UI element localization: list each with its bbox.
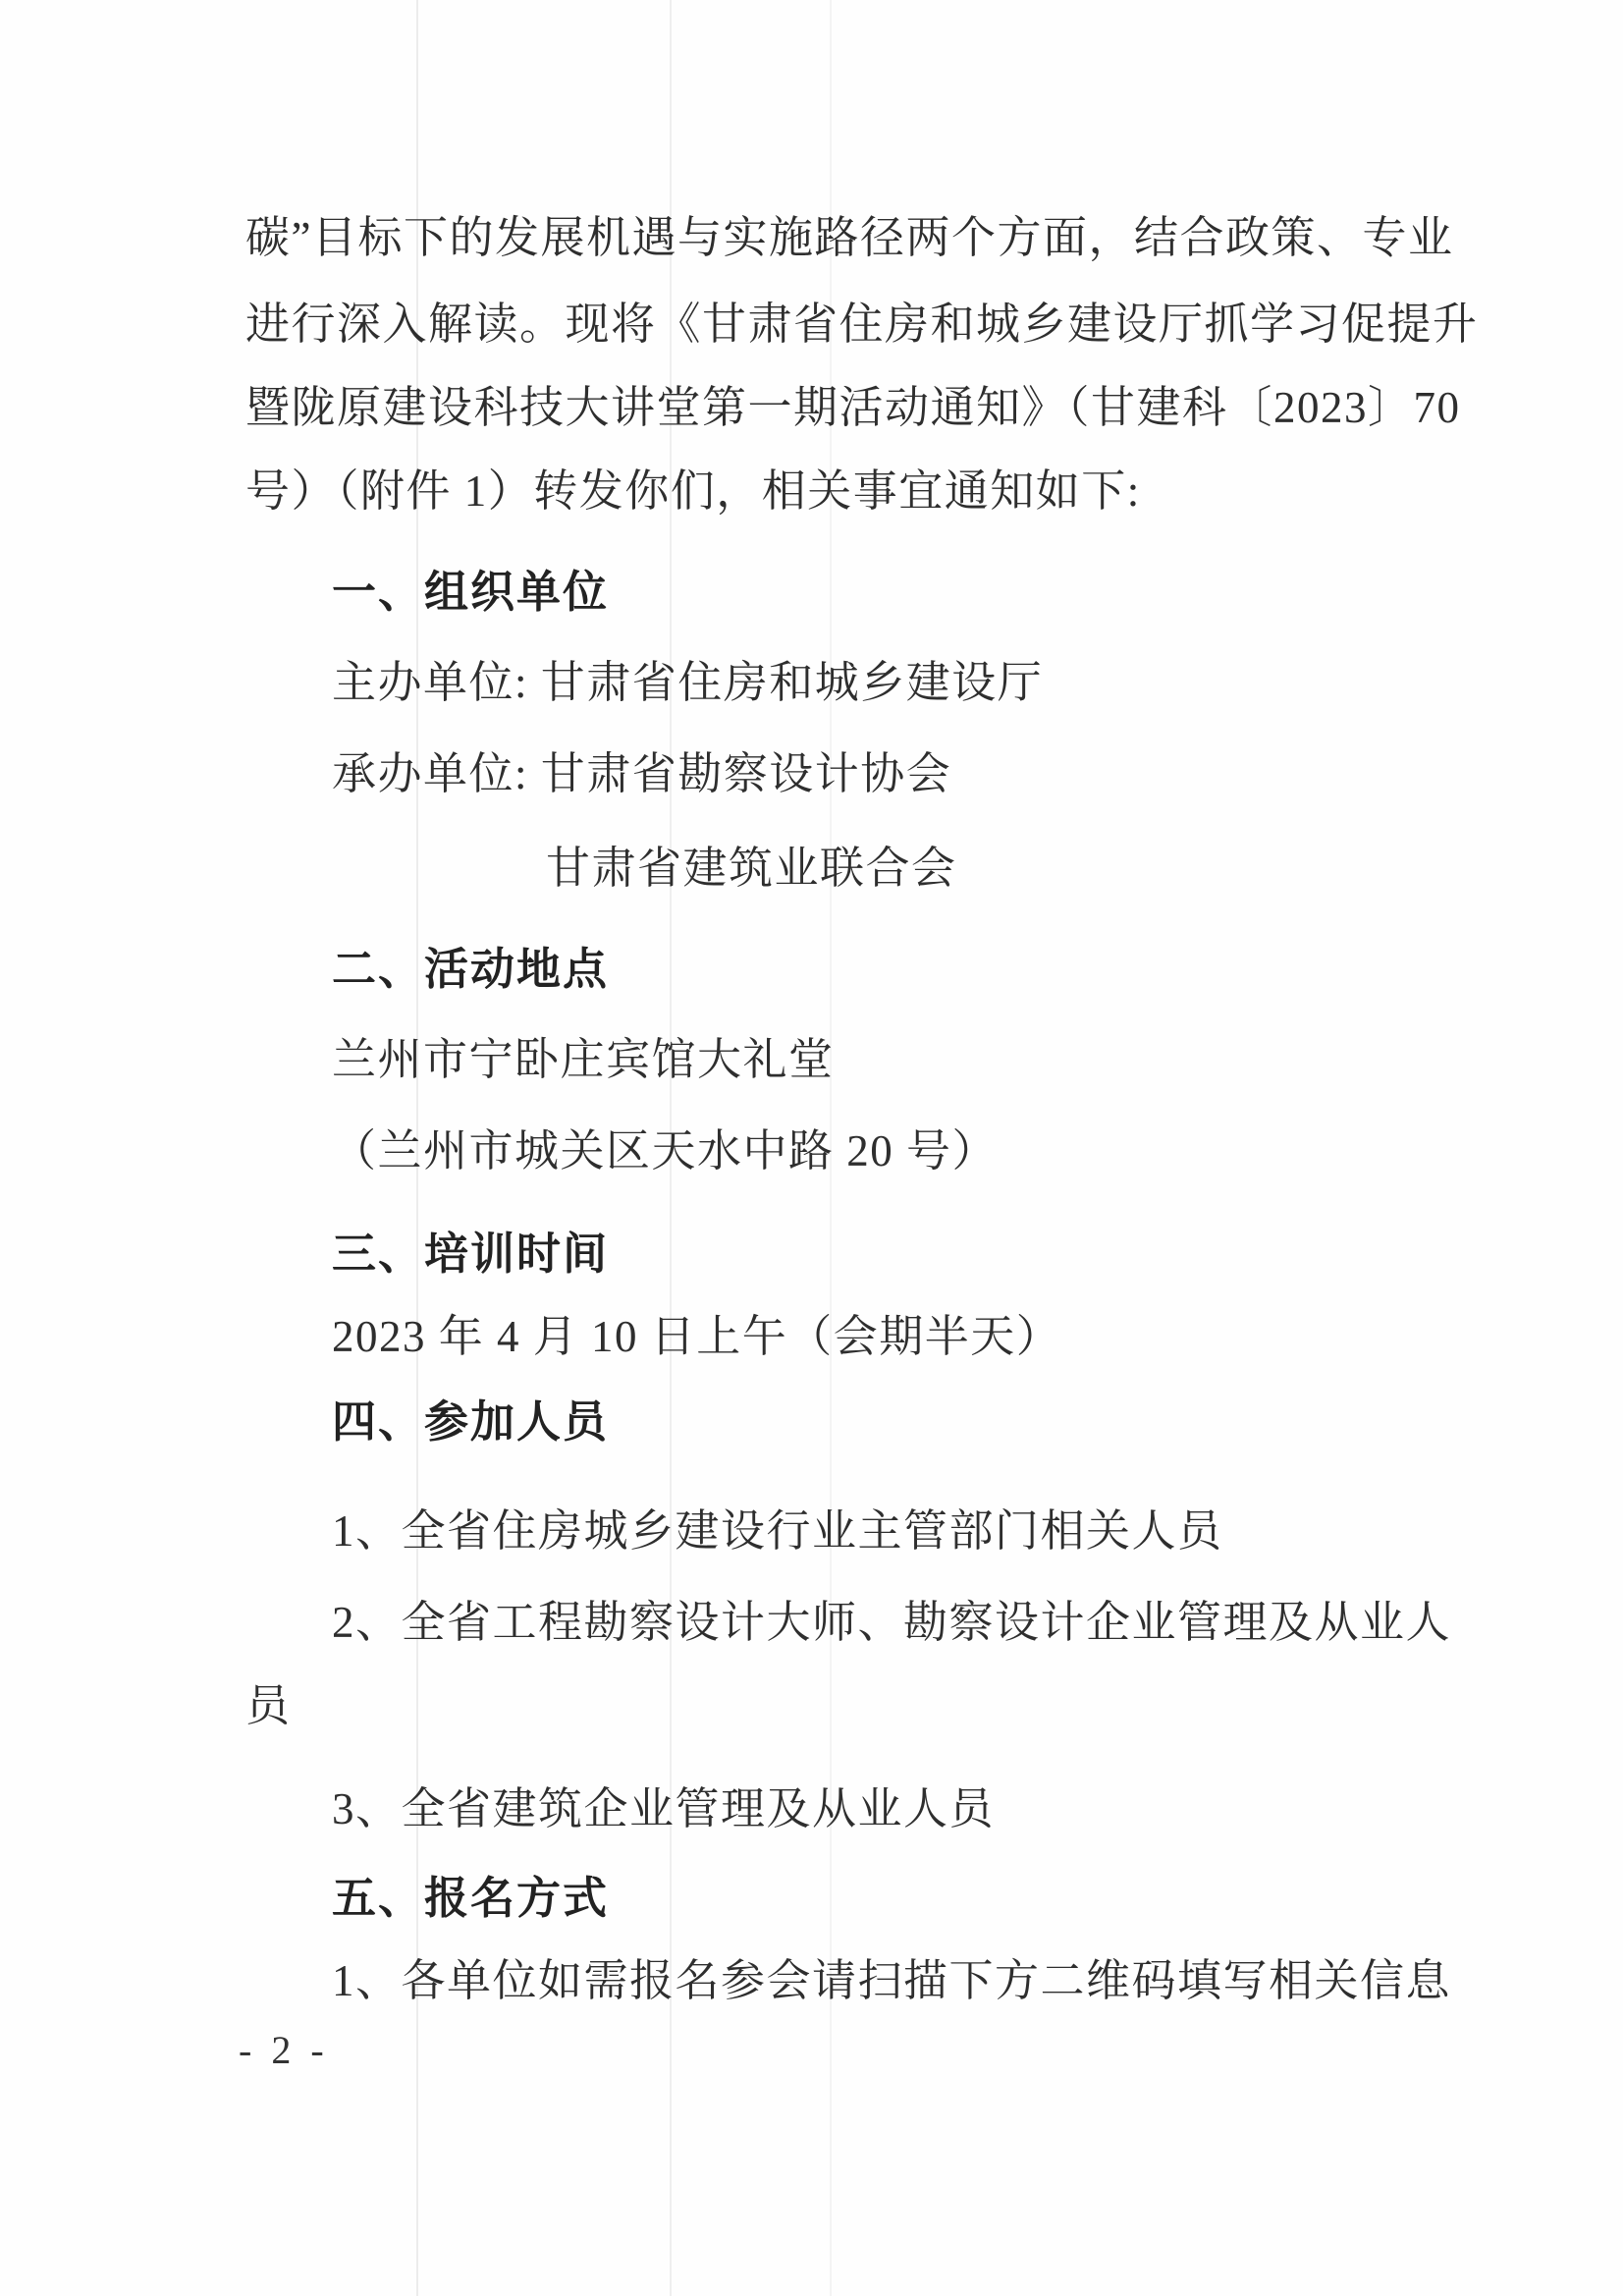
venue-address-line: （兰州市城关区天水中路 20 号） [332,1121,998,1180]
participants-item-2-wrap: 员 [245,1676,292,1735]
paragraph-line: 暨陇原建设科技大讲堂第一期活动通知》（甘建科〔2023〕70 [245,378,1461,437]
participants-item-1: 1、全省住房城乡建设行业主管部门相关人员 [332,1502,1223,1560]
participants-item-2: 2、全省工程勘察设计大师、勘察设计企业管理及从业人 [332,1593,1451,1652]
host-unit-line: 主办单位: 甘肃省住房和城乡建设厅 [332,653,1043,712]
organizer-unit-line-2: 甘肃省建筑业联合会 [546,839,957,898]
page-number: - 2 - [239,2021,329,2080]
venue-line: 兰州市宁卧庄宾馆大礼堂 [332,1030,835,1089]
document-page: 碳”目标下的发展机遇与实施路径两个方面，结合政策、专业 进行深入解读。现将《甘肃… [0,0,1623,2296]
section-heading-organizers: 一、组织单位 [332,563,609,622]
paragraph-line: 进行深入解读。现将《甘肃省住房和城乡建设厅抓学习促提升 [245,295,1479,354]
registration-item-1: 1、各单位如需报名参会请扫描下方二维码填写相关信息 [332,1951,1451,2010]
paragraph-line: 号）（附件 1）转发你们，相关事宜通知如下: [245,462,1141,520]
training-time-line: 2023 年 4 月 10 日上午（会期半天） [332,1307,1061,1366]
paragraph-line: 碳”目标下的发展机遇与实施路径两个方面，结合政策、专业 [245,208,1453,267]
section-heading-training-time: 三、培训时间 [332,1225,609,1284]
section-heading-venue: 二、活动地点 [332,940,609,999]
organizer-unit-line: 承办单位: 甘肃省勘察设计协会 [332,744,951,803]
participants-item-3: 3、全省建筑企业管理及从业人员 [332,1779,995,1838]
section-heading-participants: 四、参加人员 [332,1393,609,1451]
section-heading-registration: 五、报名方式 [332,1869,609,1928]
